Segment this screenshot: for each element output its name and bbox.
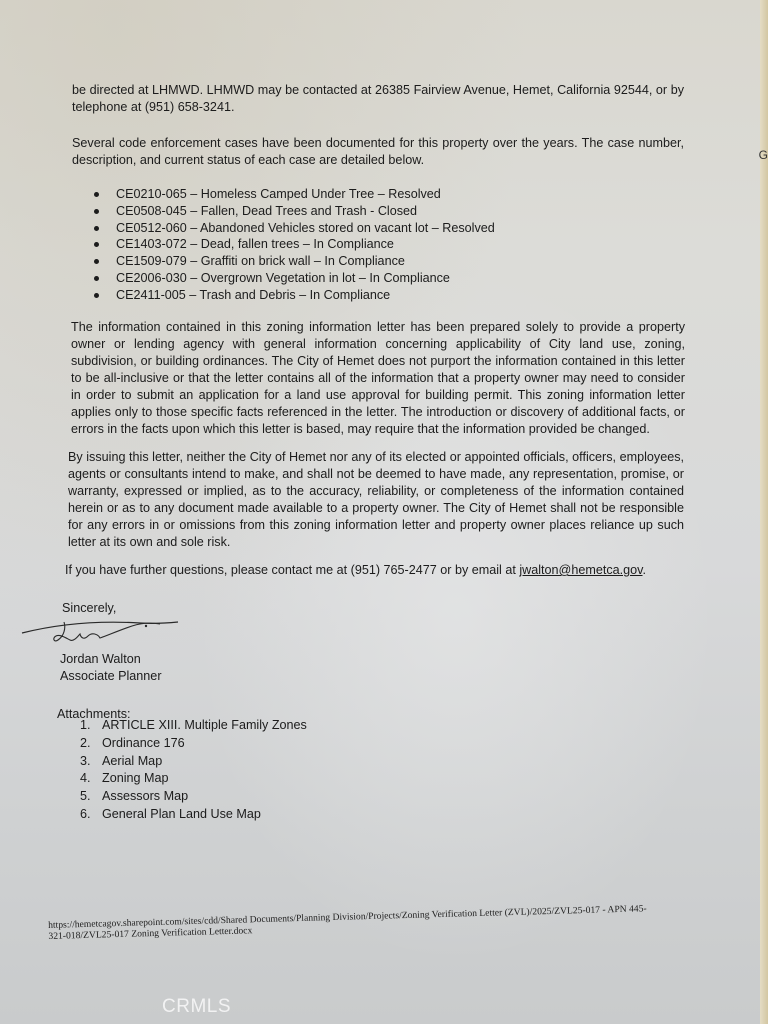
list-item-attachment: 4.Zoning Map bbox=[80, 770, 307, 788]
bullet-icon bbox=[94, 276, 99, 281]
case-text: CE1509-079 – Graffiti on brick wall – In… bbox=[116, 254, 405, 268]
list-item-case: CE0210-065 – Homeless Camped Under Tree … bbox=[92, 186, 495, 203]
list-item-case: CE2006-030 – Overgrown Vegetation in lot… bbox=[92, 270, 495, 287]
paragraph-information-disclaimer: The information contained in this zoning… bbox=[71, 319, 685, 438]
attachment-number: 4. bbox=[80, 770, 102, 787]
attachment-number: 1. bbox=[80, 717, 102, 734]
attachment-label: ARTICLE XIII. Multiple Family Zones bbox=[102, 718, 307, 732]
adjacent-page-text-fragment: G bbox=[759, 148, 768, 162]
paragraph-contact: If you have further questions, please co… bbox=[65, 562, 685, 579]
bullet-icon bbox=[94, 226, 99, 231]
case-text: CE0210-065 – Homeless Camped Under Tree … bbox=[116, 187, 441, 201]
bullet-icon bbox=[94, 209, 99, 214]
case-text: CE2411-005 – Trash and Debris – In Compl… bbox=[116, 288, 390, 302]
list-item-attachment: 6.General Plan Land Use Map bbox=[80, 806, 307, 824]
contact-suffix: . bbox=[643, 563, 647, 577]
bullet-icon bbox=[94, 293, 99, 298]
attachment-label: Assessors Map bbox=[102, 789, 188, 803]
list-item-case: CE0512-060 – Abandoned Vehicles stored o… bbox=[92, 220, 495, 237]
paragraph-liability-disclaimer: By issuing this letter, neither the City… bbox=[68, 449, 684, 551]
list-item-case: CE2411-005 – Trash and Debris – In Compl… bbox=[92, 287, 495, 304]
bullet-icon bbox=[94, 259, 99, 264]
signer-name: Jordan Walton bbox=[60, 651, 141, 668]
case-text: CE0508-045 – Fallen, Dead Trees and Tras… bbox=[116, 204, 417, 218]
list-item-attachment: 1.ARTICLE XIII. Multiple Family Zones bbox=[80, 717, 307, 735]
case-text: CE1403-072 – Dead, fallen trees – In Com… bbox=[116, 237, 394, 251]
case-text: CE2006-030 – Overgrown Vegetation in lot… bbox=[116, 271, 450, 285]
attachment-number: 3. bbox=[80, 753, 102, 770]
attachment-label: Ordinance 176 bbox=[102, 736, 185, 750]
list-item-case: CE1509-079 – Graffiti on brick wall – In… bbox=[92, 253, 495, 270]
attachment-number: 5. bbox=[80, 788, 102, 805]
bullet-icon bbox=[94, 242, 99, 247]
list-item-attachment: 2.Ordinance 176 bbox=[80, 735, 307, 753]
attachment-label: Zoning Map bbox=[102, 771, 169, 785]
bullet-icon bbox=[94, 192, 99, 197]
attachment-label: General Plan Land Use Map bbox=[102, 807, 261, 821]
list-item-case: CE0508-045 – Fallen, Dead Trees and Tras… bbox=[92, 203, 495, 220]
list-item-case: CE1403-072 – Dead, fallen trees – In Com… bbox=[92, 236, 495, 253]
paragraph-cases-intro: Several code enforcement cases have been… bbox=[72, 135, 684, 169]
contact-prefix: If you have further questions, please co… bbox=[65, 563, 519, 577]
letter-page: be directed at LHMWD. LHMWD may be conta… bbox=[0, 0, 760, 1024]
list-item-attachment: 3.Aerial Map bbox=[80, 753, 307, 771]
list-item-attachment: 5.Assessors Map bbox=[80, 788, 307, 806]
attachments-list: 1.ARTICLE XIII. Multiple Family Zones 2.… bbox=[80, 717, 307, 824]
document-file-path: https://hemetcagov.sharepoint.com/sites/… bbox=[48, 902, 708, 942]
code-enforcement-case-list: CE0210-065 – Homeless Camped Under Tree … bbox=[92, 186, 495, 304]
crmls-watermark: CRMLS bbox=[162, 996, 231, 1018]
attachment-number: 2. bbox=[80, 735, 102, 752]
case-text: CE0512-060 – Abandoned Vehicles stored o… bbox=[116, 221, 495, 235]
paragraph-lhmwd-contact: be directed at LHMWD. LHMWD may be conta… bbox=[72, 82, 684, 116]
email-link[interactable]: jwalton@hemetca.gov bbox=[519, 563, 642, 577]
signer-title: Associate Planner bbox=[60, 668, 162, 685]
attachment-label: Aerial Map bbox=[102, 754, 162, 768]
signature-icon bbox=[20, 612, 180, 652]
attachment-number: 6. bbox=[80, 806, 102, 823]
